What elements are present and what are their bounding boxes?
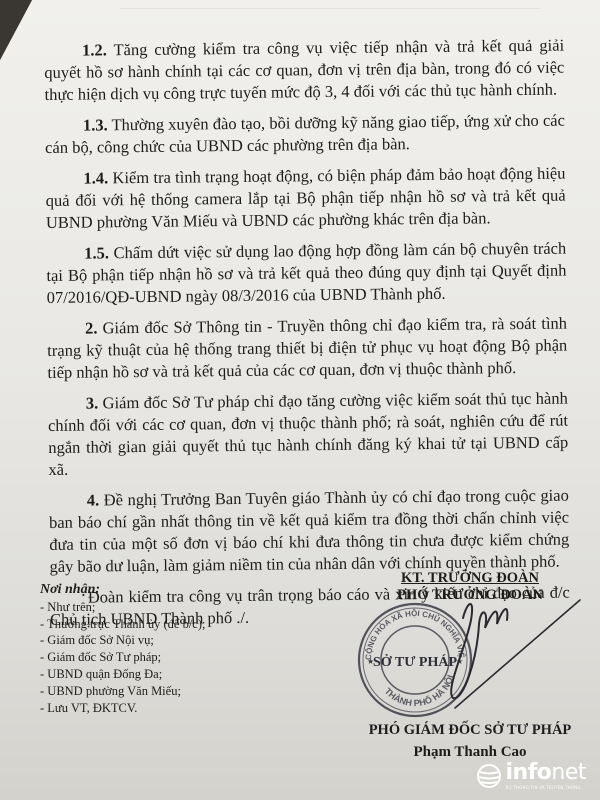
signer-position: PHÓ GIÁM ĐỐC SỞ TƯ PHÁP xyxy=(355,722,585,739)
brand-tagline: BỘ THÔNG TIN VÀ TRUYỀN THÔNG xyxy=(506,785,587,790)
svg-text:★: ★ xyxy=(367,657,374,666)
globe-icon xyxy=(476,763,502,789)
recipient-item: - Giám đốc Sở Tư pháp; xyxy=(40,649,206,666)
signature-block: KT. TRƯỞNG ĐOÀN PHÓ TRƯỞNG ĐOÀN CỘNG HÒA… xyxy=(355,570,585,604)
paragraph-1-3: 1.3. Thường xuyên đào tạo, bồi dưỡng kỹ … xyxy=(45,110,565,159)
document-body: 1.2. Tăng cường kiểm tra công vụ việc ti… xyxy=(44,35,570,640)
paragraph-3: 3. Giám đốc Sở Tư pháp chỉ đạo tăng cườn… xyxy=(48,388,569,481)
recipient-item: - Thường trực Thành ủy (để b/c); xyxy=(40,616,206,633)
recipient-item: - Lưu VT, ĐKTCV. xyxy=(40,700,206,717)
paragraph-2: 2. Giám đốc Sở Thông tin - Truyền thông … xyxy=(47,313,568,384)
brand-name: infonet xyxy=(506,762,587,784)
signer-name: Phạm Thanh Cao xyxy=(355,744,585,761)
paragraph-4: 4. Đề nghị Trưởng Ban Tuyên giáo Thành ủ… xyxy=(49,485,570,578)
recipients-title: Nơi nhận: xyxy=(40,582,206,599)
paragraph-1-5: 1.5. Chấm dứt việc sử dụng lao động hợp … xyxy=(46,238,567,309)
paper-fold-line xyxy=(120,8,540,9)
recipient-item: - UBND quận Đống Đa; xyxy=(40,666,206,683)
infonet-watermark: infonet BỘ THÔNG TIN VÀ TRUYỀN THÔNG xyxy=(476,762,587,790)
recipients-list: Nơi nhận: - Như trên; - Thường trực Thàn… xyxy=(40,582,206,716)
recipient-item: - Như trên; xyxy=(40,599,206,616)
recipient-item: - UBND phường Văn Miếu; xyxy=(40,683,206,700)
handwritten-signature-icon xyxy=(375,580,585,720)
recipient-item: - Giám đốc Sở Nội vụ; xyxy=(40,632,206,649)
paragraph-1-2: 1.2. Tăng cường kiểm tra công vụ việc ti… xyxy=(44,35,565,106)
paragraph-1-4: 1.4. Kiểm tra tình trạng hoạt động, có b… xyxy=(45,163,566,234)
